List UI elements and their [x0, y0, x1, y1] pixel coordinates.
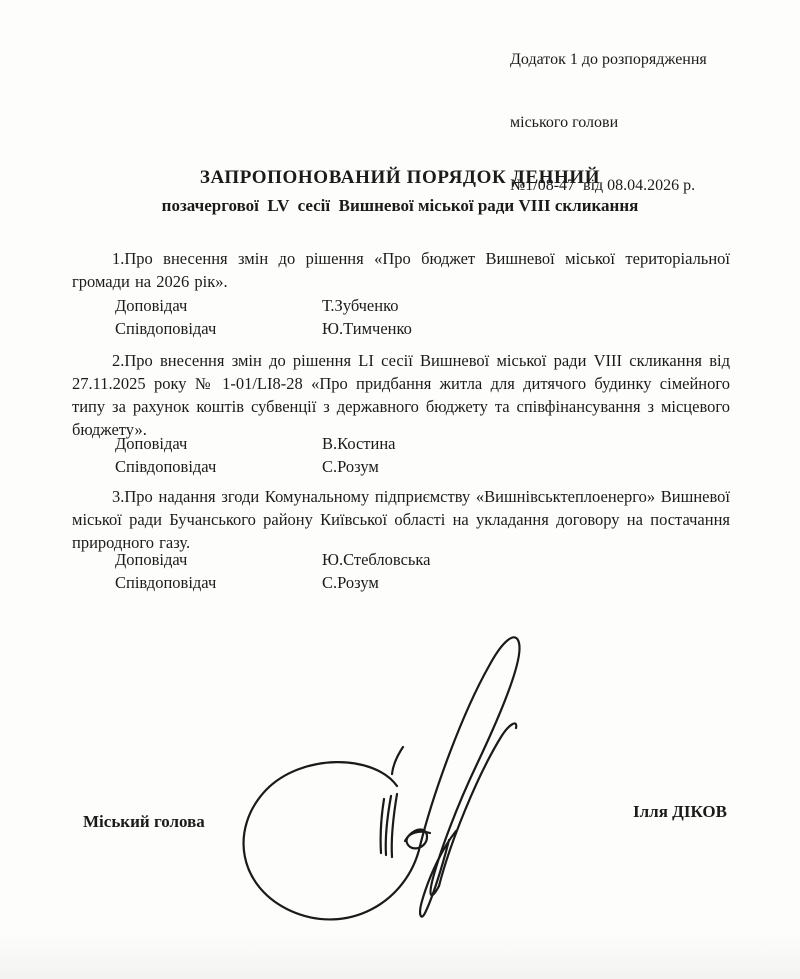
speaker-role: Доповідач — [115, 432, 322, 455]
speaker-row: Співдоповідач С.Розум — [115, 571, 431, 594]
agenda-item-3-text: 3.Про надання згоди Комунальному підприє… — [72, 485, 730, 554]
agenda-item-1-text: 1.Про внесення змін до рішення «Про бюдж… — [72, 247, 730, 293]
signature-strokes — [225, 600, 570, 935]
document-subtitle: позачергової LV сесії Вишневої міської р… — [0, 196, 800, 216]
speaker-name: С.Розум — [322, 455, 379, 478]
scan-shadow — [0, 933, 800, 979]
header-line-2: міського голови — [510, 112, 707, 133]
signature-letter-stroke — [392, 794, 397, 857]
signoff-role: Міський голова — [83, 812, 205, 832]
signoff-name: Ілля ДІКОВ — [633, 802, 727, 822]
speaker-name: С.Розум — [322, 571, 379, 594]
speaker-name: Ю.Тимченко — [322, 317, 412, 340]
document-title: ЗАПРОПОНОВАНИЙ ПОРЯДОК ДЕННИЙ — [0, 167, 800, 189]
header-line-1: Додаток 1 до розпорядження — [510, 49, 707, 70]
speaker-role: Співдоповідач — [115, 455, 322, 478]
speaker-row: Доповідач В.Костина — [115, 432, 396, 455]
signature-tall-loop-stroke — [420, 637, 520, 895]
agenda-item-3-speakers: Доповідач Ю.Стебловська Співдоповідач С.… — [115, 548, 431, 594]
agenda-item-2-speakers: Доповідач В.Костина Співдоповідач С.Розу… — [115, 432, 396, 478]
speaker-role: Доповідач — [115, 294, 322, 317]
speaker-row: Співдоповідач С.Розум — [115, 455, 396, 478]
speaker-role: Співдоповідач — [115, 571, 322, 594]
scanned-document-page: Додаток 1 до розпорядження міського голо… — [0, 0, 800, 979]
speaker-role: Співдоповідач — [115, 317, 322, 340]
speaker-row: Доповідач Ю.Стебловська — [115, 548, 431, 571]
signature-e-loop-stroke — [405, 830, 430, 849]
handwritten-signature — [225, 600, 570, 935]
speaker-row: Співдоповідач Ю.Тимченко — [115, 317, 412, 340]
signature-loop-stroke — [244, 762, 420, 919]
speaker-name: В.Костина — [322, 432, 396, 455]
speaker-name: Ю.Стебловська — [322, 548, 431, 571]
signature-letter-stroke — [381, 799, 384, 853]
agenda-item-1-speakers: Доповідач Т.Зубченко Співдоповідач Ю.Тим… — [115, 294, 412, 340]
speaker-row: Доповідач Т.Зубченко — [115, 294, 412, 317]
signature-apostrophe-stroke — [392, 747, 403, 774]
speaker-role: Доповідач — [115, 548, 322, 571]
signature-letter-stroke — [386, 796, 391, 855]
agenda-item-2-text: 2.Про внесення змін до рішення LI сесії … — [72, 349, 730, 441]
speaker-name: Т.Зубченко — [322, 294, 399, 317]
